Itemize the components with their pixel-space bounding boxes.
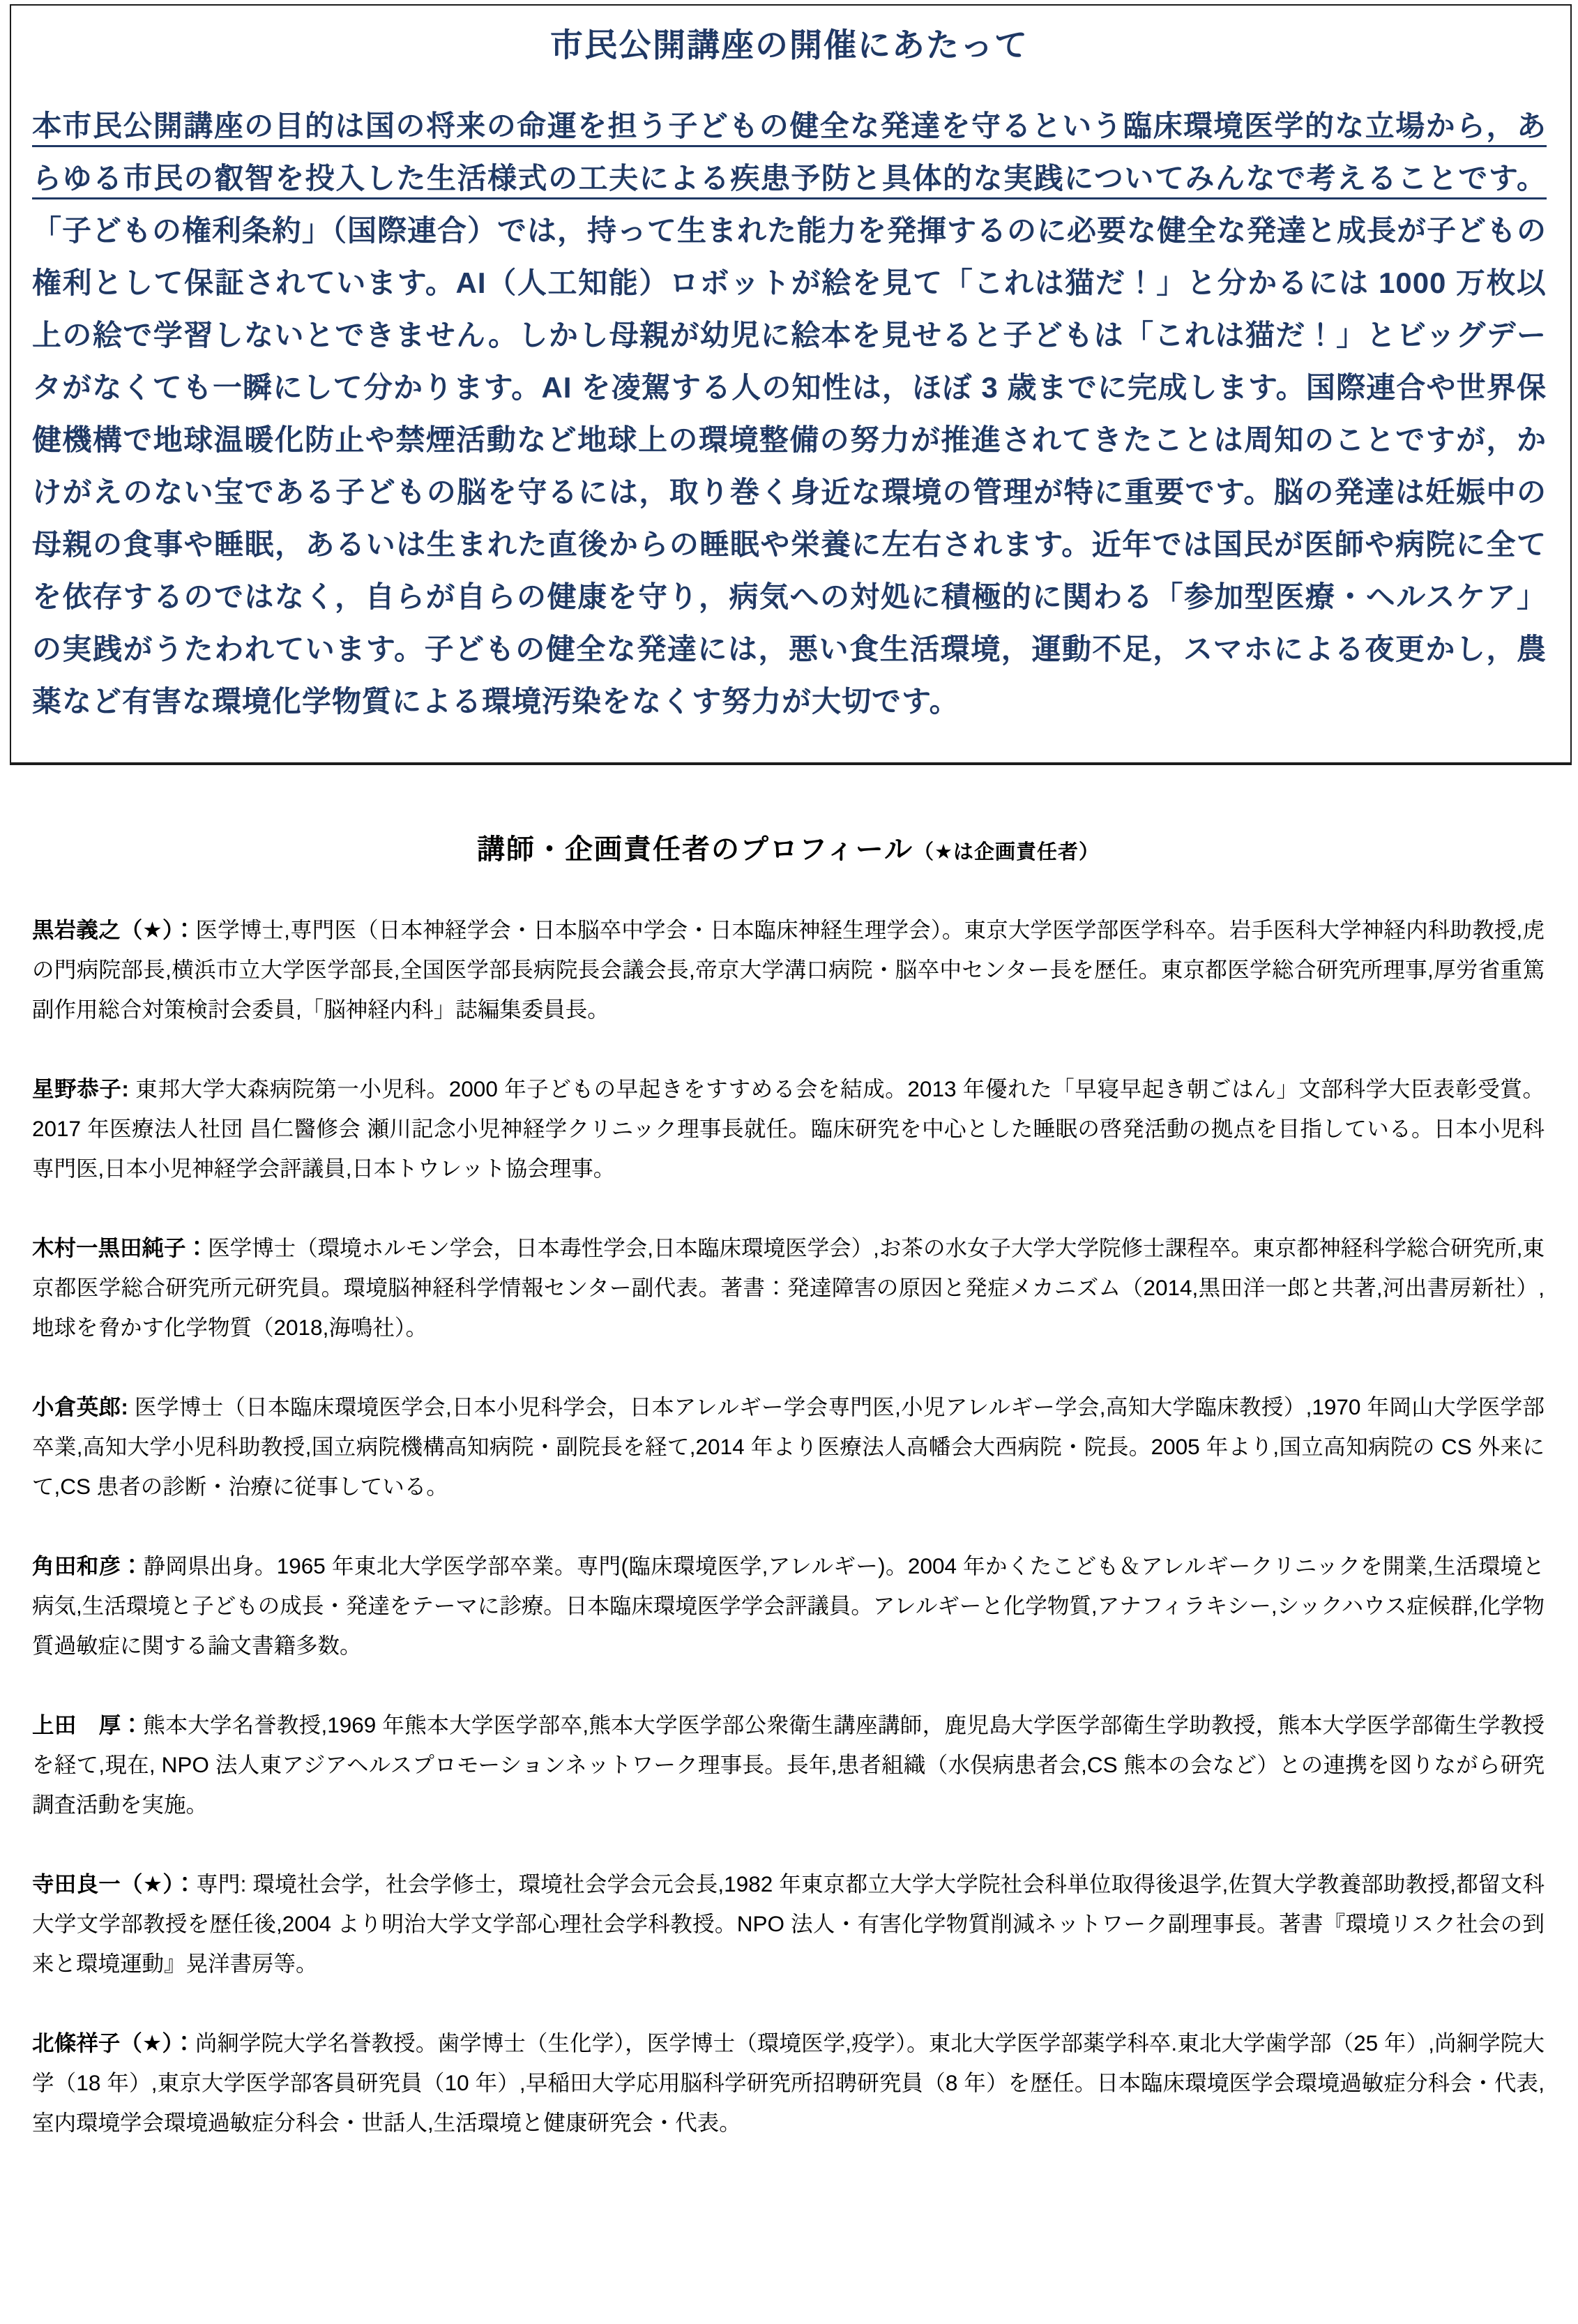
profile-ogura: 小倉英郎: 医学博士（日本臨床環境医学会,日本小児科学会，日本アレルギー学会専門… bbox=[32, 1387, 1545, 1507]
document-page: 市民公開講座の開催にあたって 本市民公開講座の目的は国の将来の命運を担う子どもの… bbox=[0, 0, 1578, 2324]
profile-kuroiwa-bio: 医学博士,専門医（日本神経学会・日本脳卒中学会・日本臨床神経生理学会）。東京大学… bbox=[32, 917, 1545, 1022]
intro-paragraph: 本市民公開講座の目的は国の将来の命運を担う子どもの健全な発達を守るという臨床環境… bbox=[32, 100, 1547, 727]
profile-ueda: 上田 厚：熊本大学名誉教授,1969 年熊本大学医学部卒,熊本大学医学部公衆衛生… bbox=[32, 1705, 1545, 1825]
profile-kimura-kuroda-bio: 医学博士（環境ホルモン学会，日本毒性学会,日本臨床環境医学会）,お茶の水女子大学… bbox=[32, 1235, 1545, 1340]
intro-body-text: 「子どもの権利条約」（国際連合）では，持って生まれた能力を発揮するのに必要な健全… bbox=[32, 214, 1547, 718]
profile-ueda-bio: 熊本大学名誉教授,1969 年熊本大学医学部卒,熊本大学医学部公衆衛生講座講師，… bbox=[32, 1712, 1545, 1817]
profile-hoshino-bio: 東邦大学大森病院第一小児科。2000 年子どもの早起きをすすめる会を結成。201… bbox=[32, 1076, 1545, 1181]
profile-kakuta: 角田和彦：静岡県出身。1965 年東北大学医学部卒業。専門(臨床環境医学,アレル… bbox=[32, 1546, 1545, 1666]
profiles-heading-note: （★は企画責任者） bbox=[913, 841, 1100, 863]
page-title: 市民公開講座の開催にあたって bbox=[32, 20, 1547, 66]
profile-ogura-name: 小倉英郎: bbox=[32, 1394, 128, 1419]
profile-kimura-kuroda-name: 木村一黒田純子： bbox=[32, 1235, 208, 1260]
profile-ueda-name: 上田 厚： bbox=[32, 1712, 143, 1737]
profile-ogura-bio: 医学博士（日本臨床環境医学会,日本小児科学会，日本アレルギー学会専門医,小児アレ… bbox=[32, 1394, 1545, 1499]
profile-kuroiwa: 黒岩義之（★）：医学博士,専門医（日本神経学会・日本脳卒中学会・日本臨床神経生理… bbox=[32, 910, 1545, 1029]
profile-kuroiwa-name: 黒岩義之（★）： bbox=[32, 917, 195, 942]
intro-box: 市民公開講座の開催にあたって 本市民公開講座の目的は国の将来の命運を担う子どもの… bbox=[10, 4, 1572, 765]
profile-kimura-kuroda: 木村一黒田純子：医学博士（環境ホルモン学会，日本毒性学会,日本臨床環境医学会）,… bbox=[32, 1228, 1545, 1348]
profile-terada: 寺田良一（★）：専門: 環境社会学，社会学修士，環境社会学会元会長,1982 年… bbox=[32, 1864, 1545, 1984]
intro-lead-underlined: 本市民公開講座の目的は国の将来の命運を担う子どもの健全な発達を守るという臨床環境… bbox=[32, 110, 1547, 195]
profile-hojo-bio: 尚絅学院大学名誉教授。歯学博士（生化学），医学博士（環境医学,疫学）。東北大学医… bbox=[32, 2030, 1545, 2135]
profiles-heading-main: 講師・企画責任者のプロフィール bbox=[477, 834, 913, 865]
profile-hojo: 北條祥子（★）：尚絅学院大学名誉教授。歯学博士（生化学），医学博士（環境医学,疫… bbox=[32, 2023, 1545, 2143]
profile-kakuta-name: 角田和彦： bbox=[32, 1553, 143, 1578]
profiles-heading: 講師・企画責任者のプロフィール（★は企画責任者） bbox=[32, 827, 1545, 867]
profile-terada-bio: 専門: 環境社会学，社会学修士，環境社会学会元会長,1982 年東京都立大学大学… bbox=[32, 1871, 1545, 1976]
profile-hojo-name: 北條祥子（★）： bbox=[32, 2030, 195, 2055]
profile-kakuta-bio: 静岡県出身。1965 年東北大学医学部卒業。専門(臨床環境医学,アレルギー)。2… bbox=[32, 1553, 1545, 1658]
profile-hoshino: 星野恭子: 東邦大学大森病院第一小児科。2000 年子どもの早起きをすすめる会を… bbox=[32, 1069, 1545, 1189]
profile-hoshino-name: 星野恭子: bbox=[32, 1076, 129, 1101]
profiles-section: 講師・企画責任者のプロフィール（★は企画責任者） 黒岩義之（★）：医学博士,専門… bbox=[32, 827, 1545, 2182]
profile-terada-name: 寺田良一（★）： bbox=[32, 1871, 196, 1896]
